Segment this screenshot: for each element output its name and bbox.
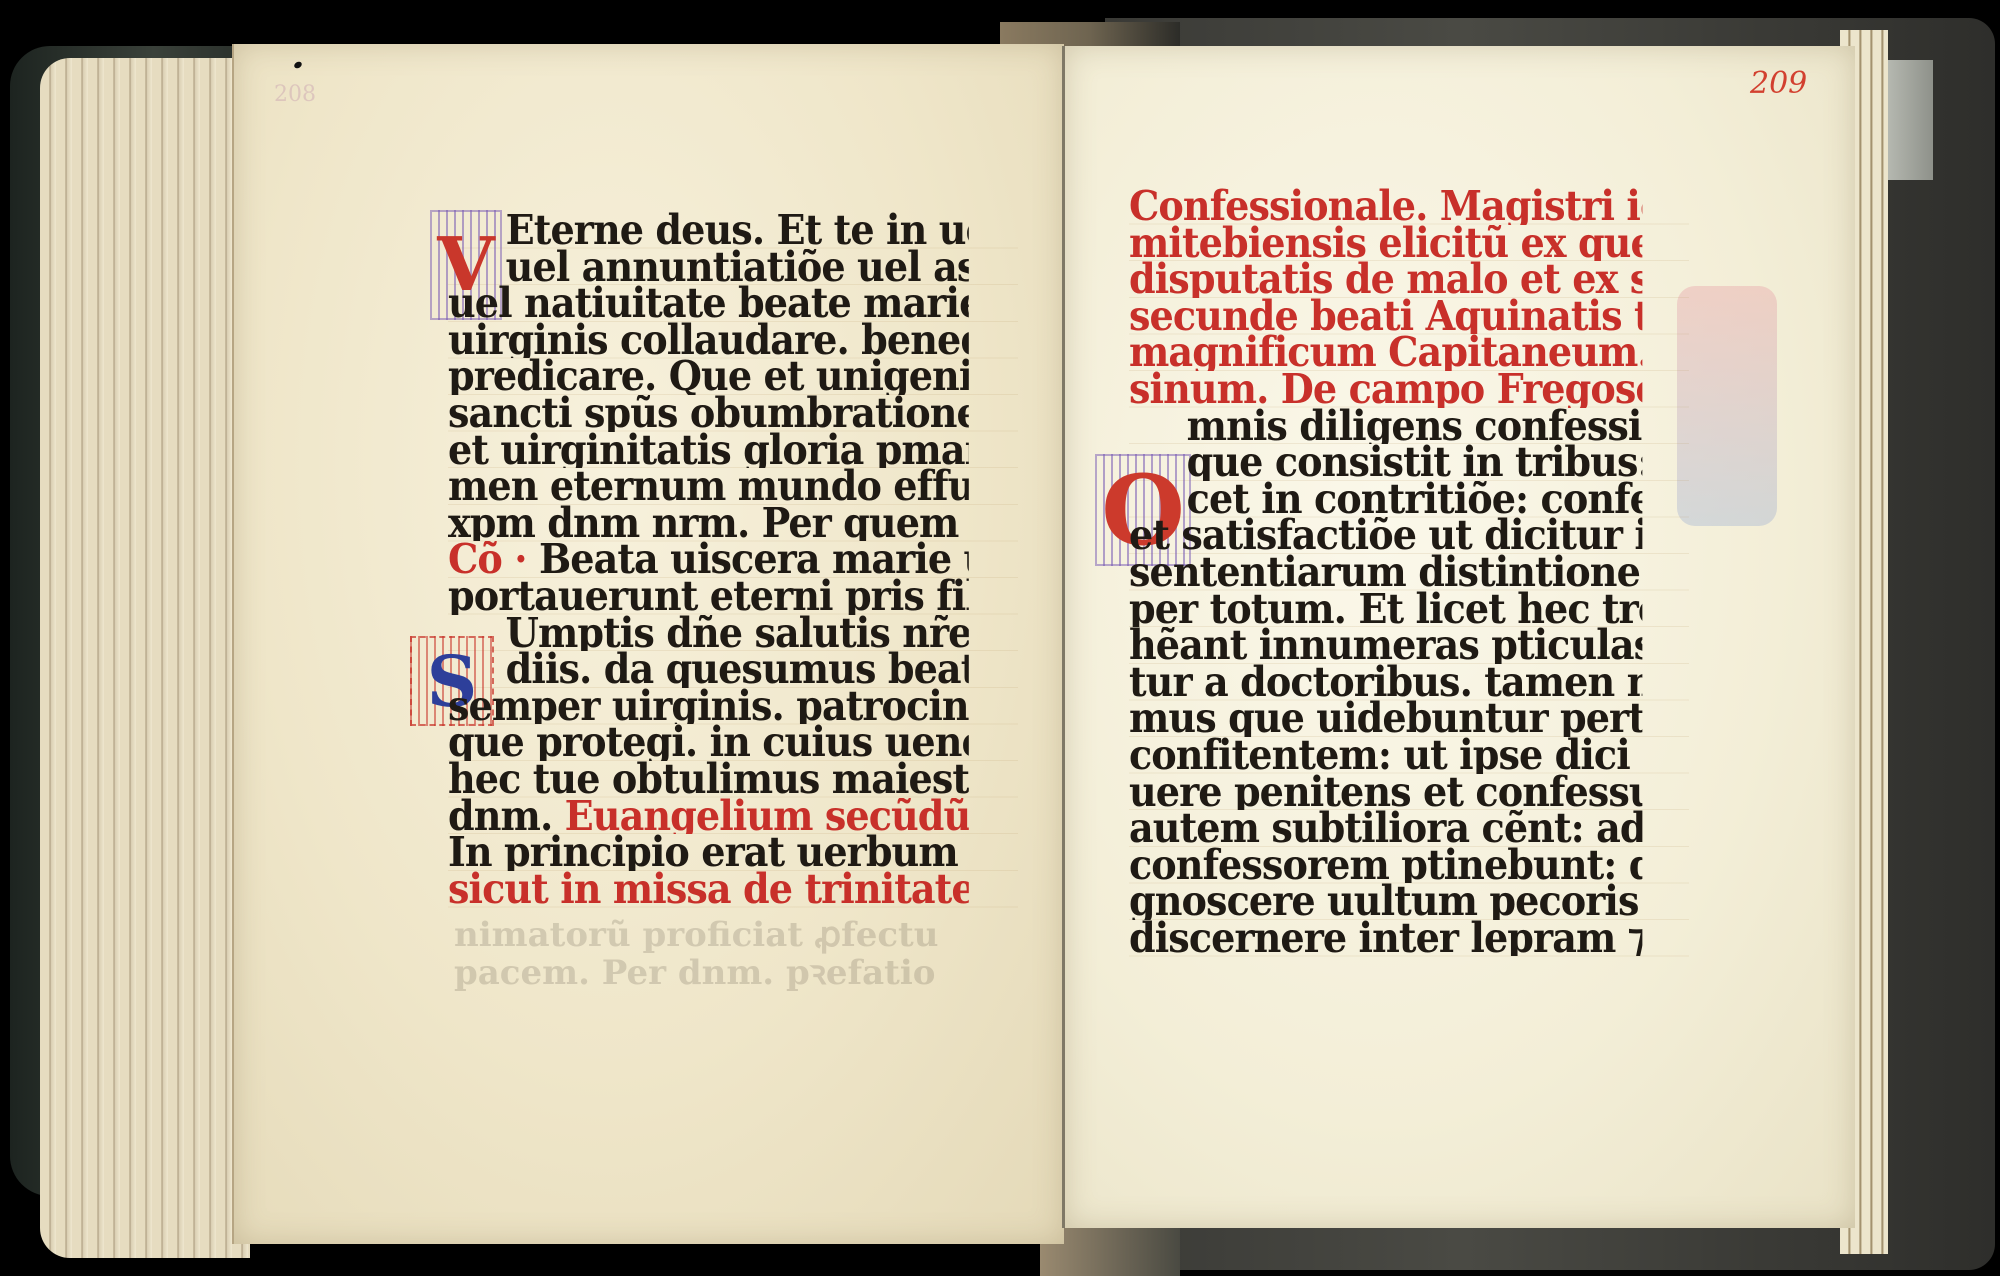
ink-blot <box>293 60 303 69</box>
text-line: predicare. Que et unigenitũ tuũ <box>448 358 969 395</box>
clasp-strip <box>1888 60 1933 180</box>
rubric: Cõ · <box>448 541 527 578</box>
text-line: semper uirginis. patrocinijs nos ubi <box>448 688 969 725</box>
text-line: xpm dnm nrm. Per quem maiestatẽ. <box>448 505 969 542</box>
text: In principio erat uerbum ⁊c. <box>448 834 969 871</box>
text-line: per totum. Et licet hec tres partes <box>1129 591 1642 628</box>
left-page: 208 V S Eterne deus. Et te in ueneratiõe… <box>232 44 1064 1244</box>
bleed-through-initial <box>1677 286 1777 526</box>
ghost-folio-number: 208 <box>274 82 316 107</box>
text-line: confessorem ptinebunt: qui debet a <box>1129 847 1642 884</box>
text-line: diis. da quesumus beate marie <box>448 651 969 688</box>
rubric-heading-line: sinum. De campo Fregoso :- <box>1129 371 1642 408</box>
rubric-heading-line: magnificum Capitaneum. Frego <box>1129 334 1642 371</box>
text-line: confitentem: ut ipse dici uere possit <box>1129 737 1642 774</box>
text-line: hẽant innumeras pticulas que poni <box>1129 627 1642 664</box>
rubric-heading-line: secunde beati Aquinatis thome. Ad <box>1129 298 1642 335</box>
text-line: uirginis collaudare. benedicere et <box>448 322 969 359</box>
text-line: tur a doctoribus. tamen nos ea põe <box>1129 664 1642 701</box>
right-page: 209 O Confessionale. Magistri ioannis mi… <box>1062 46 1855 1228</box>
text-line: mnis diligens confessio dr̃: <box>1129 408 1642 445</box>
text-line: mus que uidebuntur pertinere ad <box>1129 700 1642 737</box>
right-text-column: Confessionale. Magistri ioannis mitebien… <box>1129 188 1681 956</box>
text: dnm. <box>448 798 565 835</box>
text-line: uere penitens et confessus. Si qua <box>1129 774 1642 811</box>
text-line-with-rubric: In principio erat uerbum ⁊c. ut s <box>448 834 969 871</box>
left-page-stack <box>40 58 250 1258</box>
text-line: et uirginitatis gloria pmanẽte lu <box>448 432 969 469</box>
rubric-heading-line: Confessionale. Magistri ioannis <box>1129 188 1642 225</box>
text-line: que protegi. in cuius ueneratione <box>448 724 969 761</box>
folio-number: 209 <box>1750 66 1807 101</box>
text-line: gnoscere uultum pecoris sui. et <box>1129 883 1642 920</box>
ghost-line: nimatorũ proficiat ꝓfectu <box>454 916 974 954</box>
text-line: discernere inter lepram ⁊ lepram: <box>1129 920 1642 957</box>
ghost-line: pacem. Per dnm. pꝛefatio <box>454 954 974 992</box>
rubric-heading-line: disputatis de malo et ex secunda <box>1129 261 1642 298</box>
text: Beata uiscera marie uirginis que <box>539 541 969 578</box>
show-through-text: nimatorũ proficiat ꝓfectu pacem. Per dnm… <box>454 916 974 992</box>
text-line-with-rubric: dnm. Euangelium secũdũ ioanẽ. <box>448 798 969 835</box>
rubric-line: sicut in missa de trinitate. <box>448 871 969 908</box>
text-line: Umptis dñe salutis nr̃e subsi <box>448 615 969 652</box>
rubric-heading-line: mitebiensis elicitũ ex questionib̃ <box>1129 225 1642 262</box>
text-line: uel natiuitate beate marie semper <box>448 285 969 322</box>
text: portauerunt eterni pris filium · <box>448 578 969 615</box>
text-line: men eternum mundo effudit. ihm <box>448 468 969 505</box>
text-line: Eterne deus. Et te in ueneratiõe <box>448 212 969 249</box>
text-line: sancti spũs obumbratione cõcepit. <box>448 395 969 432</box>
text-line: hec tue obtulimus maiestati. Per <box>448 761 969 798</box>
text-line: cet in contritiõe: confessiõe: <box>1129 481 1642 518</box>
text-line: uel annuntiatiõe uel assũptiõe <box>448 249 969 286</box>
left-text-column: Eterne deus. Et te in ueneratiõe uel ann… <box>448 212 1008 907</box>
rubric: Euangelium secũdũ ioanẽ. <box>565 798 969 835</box>
text-line: que consistit in tribus: uideli <box>1129 444 1642 481</box>
text-line-with-rubric: Cõ · Beata uiscera marie uirginis que <box>448 541 969 578</box>
text-line-with-rubric: portauerunt eterni pris filium · Post cõ… <box>448 578 969 615</box>
text-line: sententiarum distintione quarta <box>1129 554 1642 591</box>
text-line: et satisfactiõe ut dicitur in quarto <box>1129 517 1642 554</box>
text-line: autem subtiliora cẽnt: ad eruditũ <box>1129 810 1642 847</box>
